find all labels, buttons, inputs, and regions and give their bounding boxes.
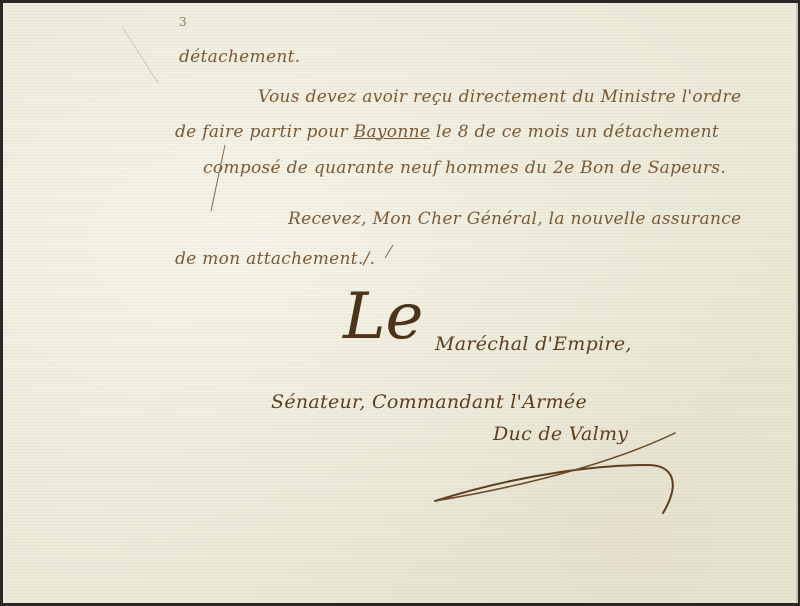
signature-flourish-icon: [3, 3, 796, 603]
letter-page: 3 détachement. Vous devez avoir reçu dir…: [3, 3, 798, 603]
